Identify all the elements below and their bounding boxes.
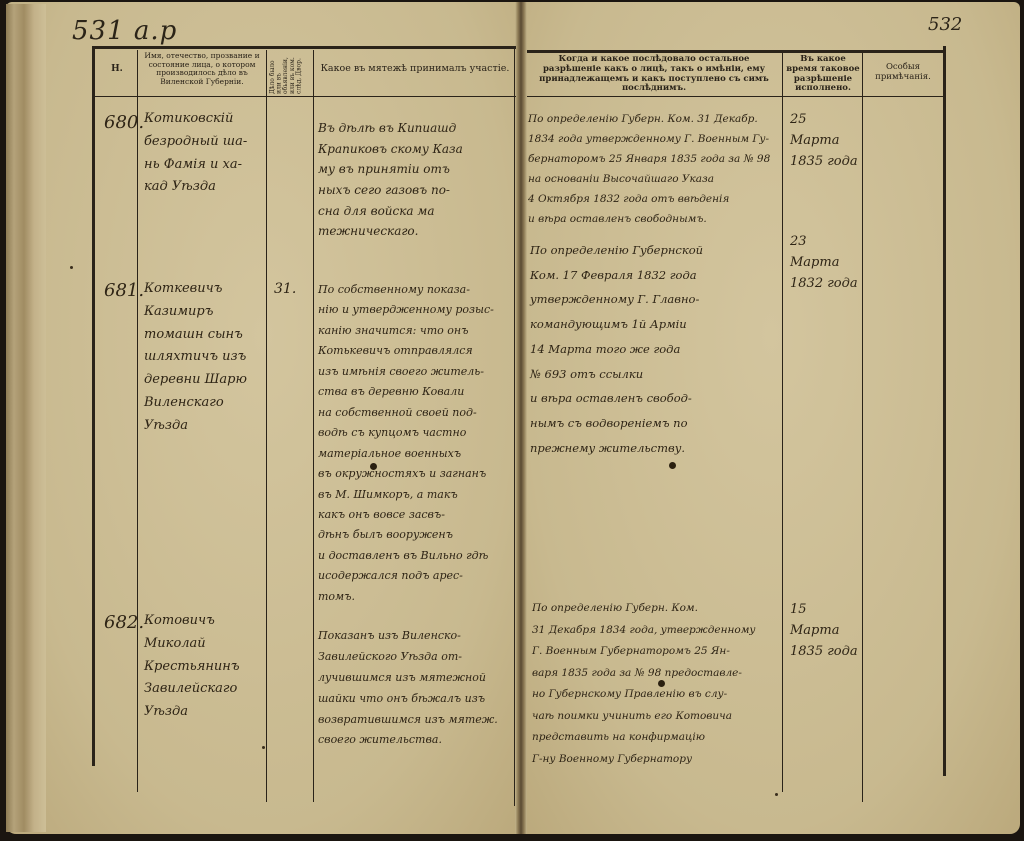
col-header-case-marks: Дѣло было или въ обьявленіи, или въ ком.… [270, 52, 310, 94]
entry-680-resolution: По определенію Губерн. Ком. 31 Декабр. 1… [528, 110, 782, 230]
entry-680-executed: 25 Марта 1835 года [790, 110, 860, 172]
col-header-remarks: Особыя примѣчанія. [865, 63, 941, 83]
entry-682-resolution: По определенію Губерн. Ком. 31 Декабря 1… [532, 598, 782, 770]
page-stack-edge [6, 4, 46, 832]
folio-number-right: 532 [928, 14, 962, 35]
entry-680-person: Котиковскій безродный ша- нь Фамія и ха-… [144, 108, 264, 199]
paper-speck [262, 746, 265, 749]
col-header-executed: Въ какое время таковое разрѣшеніе исполн… [785, 55, 861, 94]
folio-number-left: 531 а.р [72, 16, 177, 46]
col-rule-resolution [782, 50, 783, 792]
entry-681-age: 31. [274, 282, 296, 296]
entry-680-participation: Въ дѣлѣ въ Кипиашд Крапиковъ скому Каза … [318, 118, 514, 242]
book-gutter [515, 2, 527, 834]
entry-682-participation: Показанъ изъ Виленско- Завилейского Уѣзд… [318, 626, 514, 751]
entry-681-participation: По собственному показа- нію и утвердженн… [318, 280, 514, 607]
entry-681-resolution: По определенію Губернской Ком. 17 Феврал… [530, 238, 782, 460]
paper-speck [775, 793, 778, 796]
header-top-rule-left [92, 46, 516, 49]
col-header-number: Н. [100, 64, 134, 74]
entry-681-number: 681. [104, 282, 144, 300]
entry-682-executed: 15 Марта 1835 года [790, 600, 860, 662]
entry-680-number: 680. [104, 114, 144, 132]
entry-681-person: Коткевичъ Казимиръ томашн сынъ шляхтичъ … [144, 278, 264, 437]
entry-681-executed: 23 Марта 1832 года [790, 232, 860, 294]
col-rule-person [266, 50, 267, 802]
col-header-person: Имя, отечество, прозвание и состояние ли… [140, 52, 264, 87]
paper-speck [70, 266, 73, 269]
ink-blot [669, 462, 676, 469]
header-bottom-rule-right [527, 96, 945, 97]
col-rule-participation [514, 46, 515, 806]
margin-rule-left [92, 46, 95, 766]
margin-rule-right [943, 46, 946, 776]
header-bottom-rule-left [92, 96, 516, 97]
col-rule-case [313, 50, 314, 802]
col-rule-executed [862, 50, 863, 802]
col-rule-number [137, 50, 138, 792]
ink-blot [370, 463, 377, 470]
header-top-rule-right [527, 50, 945, 53]
entry-682-number: 682. [104, 614, 144, 632]
ink-blot [658, 680, 665, 687]
col-header-resolution: Когда и какое послѣдовало остальное разр… [530, 55, 778, 94]
col-header-participation: Какое въ мятежѣ принималъ участіе. [318, 64, 512, 75]
register-book-spread: 531 а.р 532 Н. Имя, отечество, прозвание… [0, 0, 1024, 841]
entry-682-person: Котовичъ Миколай Крестьянинъ Завилейскаг… [144, 610, 264, 724]
